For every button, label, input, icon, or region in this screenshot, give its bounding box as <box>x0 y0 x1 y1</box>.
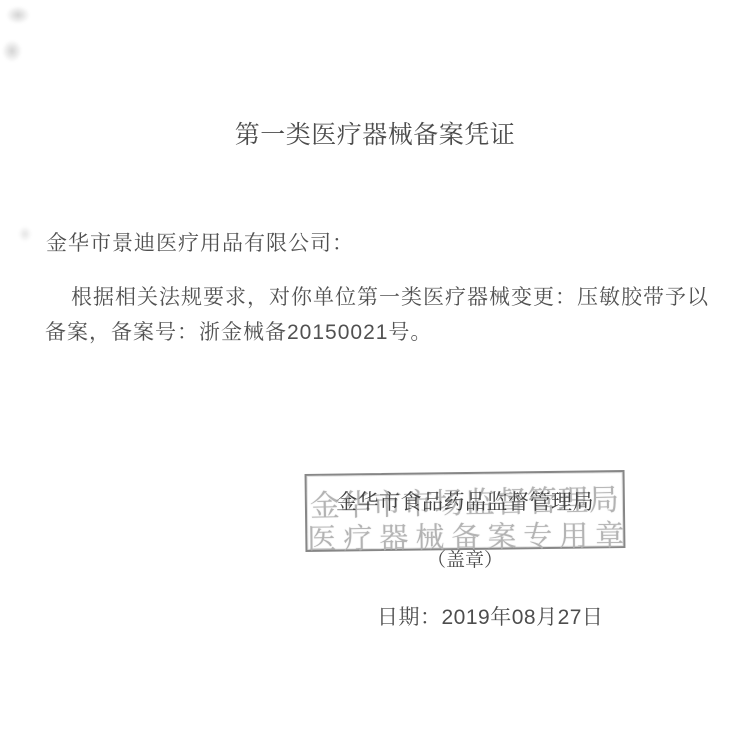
scan-artifact <box>18 226 32 242</box>
stamp-here-note: （盖章） <box>305 545 625 572</box>
issue-date-line: 日期：2019年08月27日 <box>377 601 603 631</box>
issuing-agency-name: 金华市食品药品监督管理局 <box>305 486 625 516</box>
scanned-certificate-page: 第一类医疗器械备案凭证 金华市景迪医疗用品有限公司： 根据相关法规要求，对你单位… <box>0 0 750 750</box>
certificate-title: 第一类医疗器械备案凭证 <box>0 115 750 151</box>
recipient-company-line: 金华市景迪医疗用品有限公司： <box>46 227 354 257</box>
scan-artifact <box>6 6 30 24</box>
scan-artifact <box>2 40 22 62</box>
body-text-line-1: 根据相关法规要求，对你单位第一类医疗器械变更：压敏胶带予以 <box>71 281 709 311</box>
body-text-line-2: 备案，备案号：浙金械备20150021号。 <box>45 316 432 346</box>
